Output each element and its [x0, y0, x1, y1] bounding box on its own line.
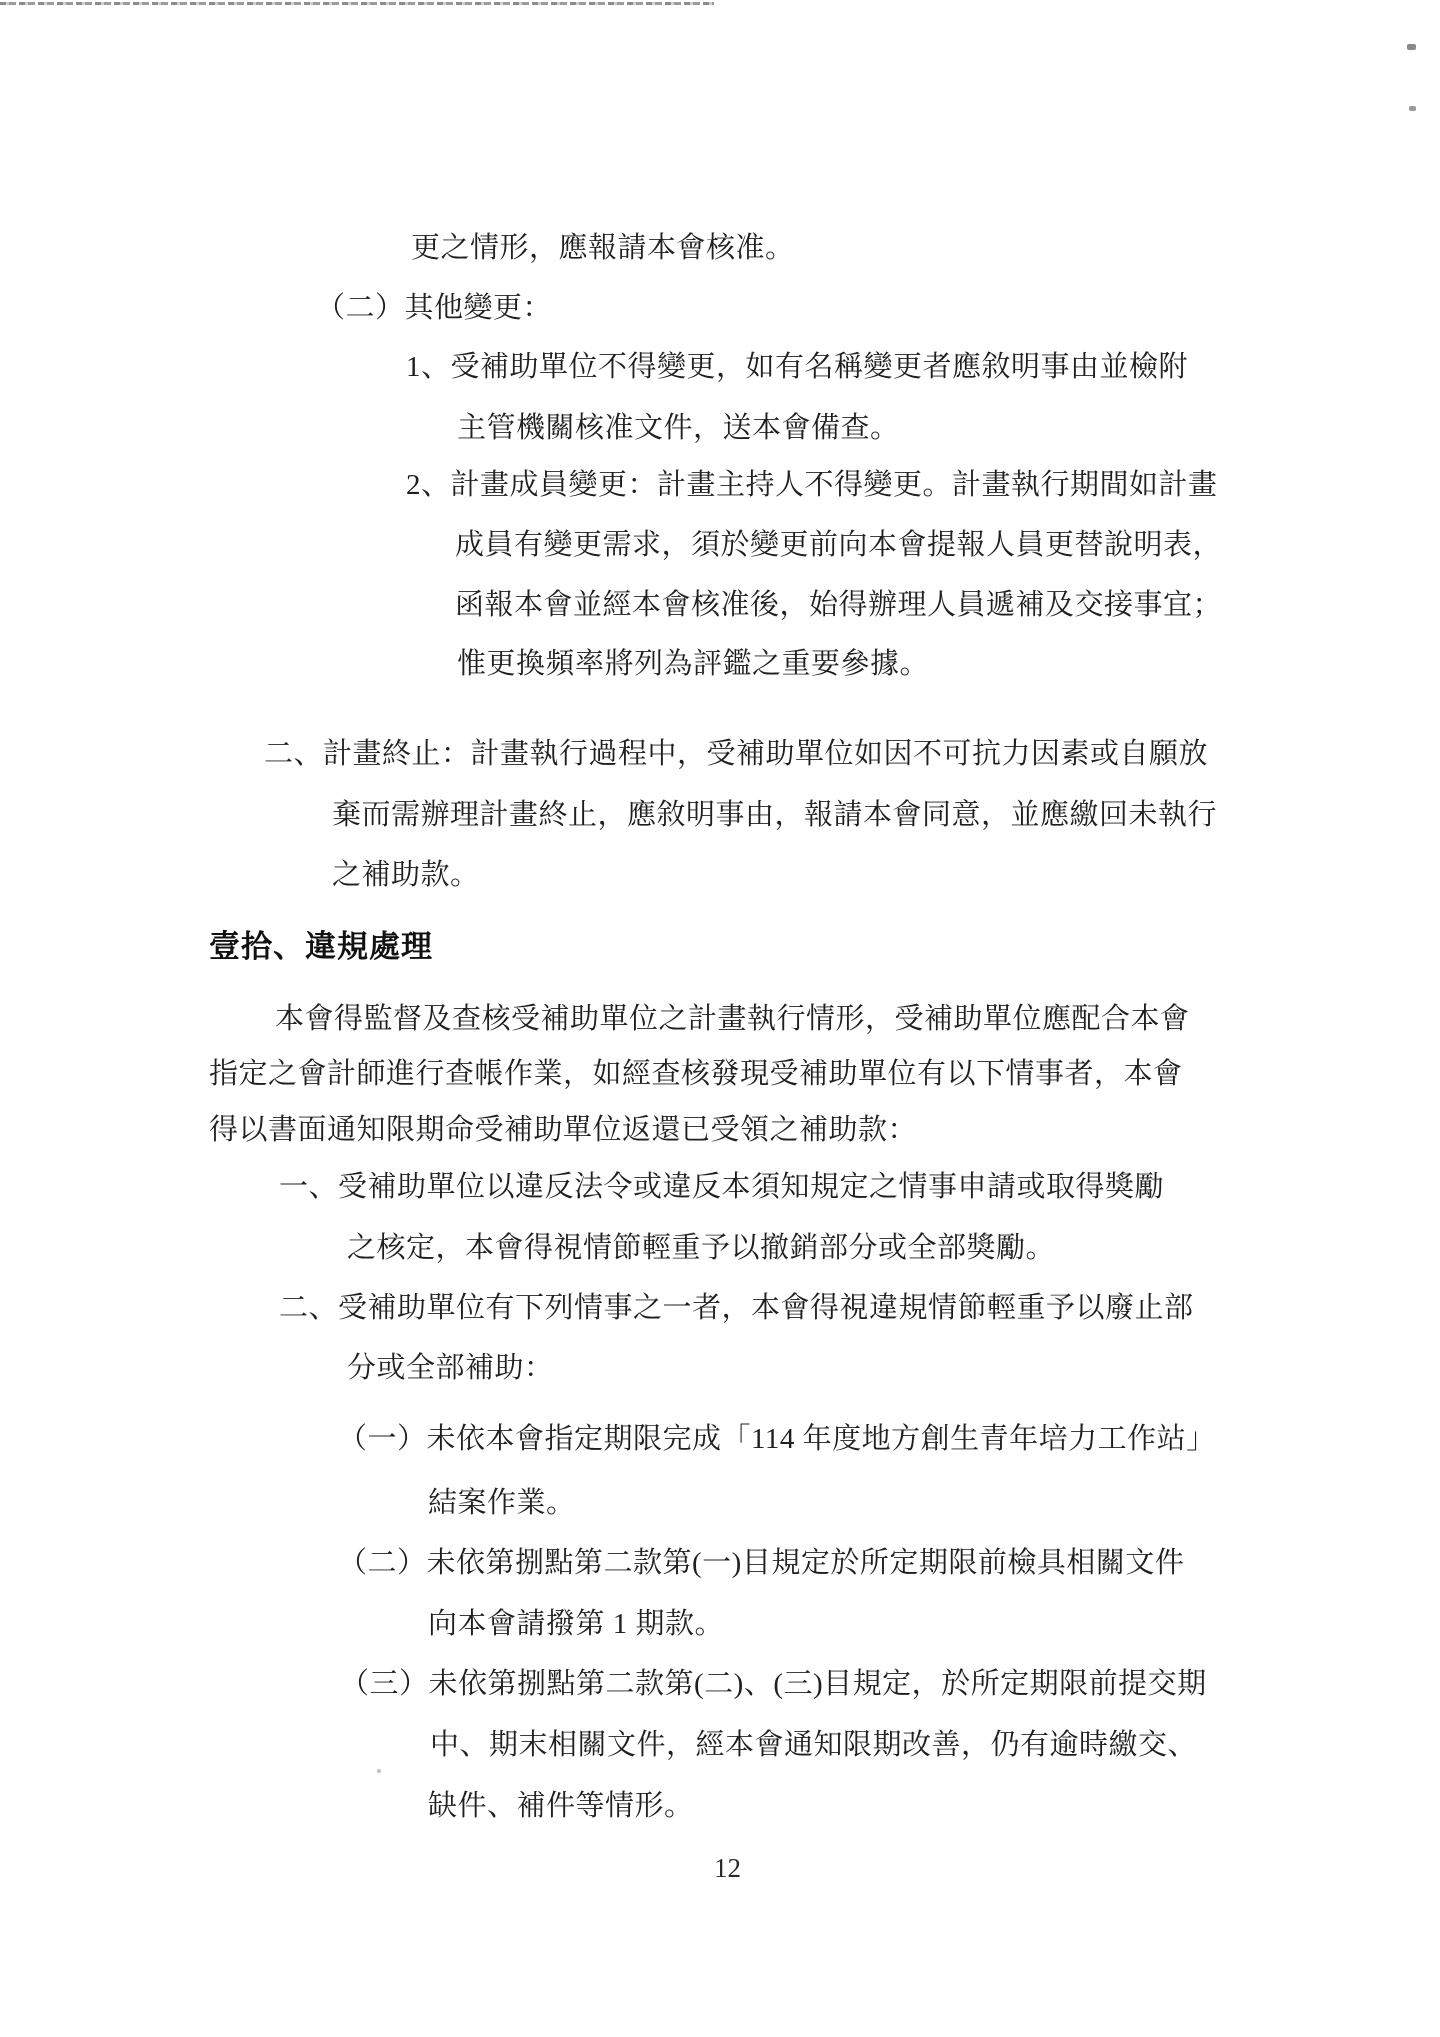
doc-line-subitem-c: （三）未依第捌點第二款第(二)、(三)目規定，於所定期限前提交期	[340, 1667, 1207, 1702]
doc-line-item-1-cont: 之核定，本會得視情節輕重予以撤銷部分或全部獎勵。	[347, 1231, 1055, 1266]
doc-line-paragraph: 本會得監督及查核受補助單位之計畫執行情形，受補助單位應配合本會	[275, 1002, 1190, 1037]
doc-line-subitem-b-cont: 向本會請撥第 1 期款。	[428, 1607, 724, 1642]
doc-line-subitem-1: 1、受補助單位不得變更，如有名稱變更者應敘明事由並檢附	[406, 350, 1188, 385]
doc-line-continuation: 更之情形，應報請本會核准。	[411, 231, 795, 266]
doc-line-subitem-a: （一）未依本會指定期限完成「114 年度地方創生青年培力工作站」	[338, 1422, 1216, 1457]
doc-line-subitem-2: 2、計畫成員變更：計畫主持人不得變更。計畫執行期間如計畫	[406, 468, 1218, 503]
scan-artifact-top-edge	[0, 2, 714, 5]
doc-line-subitem-c-cont: 中、期末相關文件，經本會通知限期改善，仍有逾時繳交、	[430, 1728, 1197, 1763]
doc-line-item-2: 二、受補助單位有下列情事之一者，本會得視違規情節輕重予以廢止部	[279, 1291, 1194, 1326]
scan-artifact-speck	[1407, 44, 1416, 50]
section-heading-violation-handling: 壹拾、違規處理	[209, 928, 433, 965]
doc-line-item-1: 一、受補助單位以違反法令或違反本須知規定之情事申請或取得獎勵	[279, 1170, 1164, 1205]
doc-line-item-plan-termination: 二、計畫終止：計畫執行過程中，受補助單位如因不可抗力因素或自願放	[264, 737, 1208, 772]
doc-line-subitem-2-cont: 函報本會並經本會核准後，始得辦理人員遞補及交接事宜；	[455, 588, 1222, 623]
scan-artifact-speck	[377, 1769, 381, 1773]
doc-line-subitem-1-cont: 主管機關核准文件，送本會備查。	[457, 411, 900, 446]
doc-line-subitem-c-cont: 缺件、補件等情形。	[428, 1789, 694, 1824]
doc-line-subitem-2-cont: 惟更換頻率將列為評鑑之重要參據。	[457, 647, 929, 682]
doc-line-item-2-other-changes: （二）其他變更：	[316, 291, 552, 326]
doc-line-item-2-cont: 分或全部補助：	[347, 1351, 554, 1386]
doc-line-subitem-2-cont: 成員有變更需求，須於變更前向本會提報人員更替說明表，	[455, 528, 1222, 563]
doc-line-item-plan-termination-cont: 之補助款。	[332, 858, 480, 893]
page-number: 12	[714, 1853, 741, 1884]
document-page: 更之情形，應報請本會核准。 （二）其他變更： 1、受補助單位不得變更，如有名稱變…	[0, 0, 1440, 2037]
doc-line-subitem-b: （二）未依第捌點第二款第(一)目規定於所定期限前檢具相關文件	[338, 1546, 1184, 1581]
doc-line-item-plan-termination-cont: 棄而需辦理計畫終止，應敘明事由，報請本會同意，並應繳回未執行	[332, 798, 1217, 833]
doc-line-paragraph-cont: 指定之會計師進行查帳作業，如經查核發現受補助單位有以下情事者，本會	[209, 1057, 1183, 1092]
doc-line-subitem-a-cont: 結案作業。	[428, 1486, 576, 1521]
doc-line-paragraph-cont: 得以書面通知限期命受補助單位返還已受領之補助款：	[209, 1113, 917, 1148]
scan-artifact-speck	[1409, 106, 1416, 111]
